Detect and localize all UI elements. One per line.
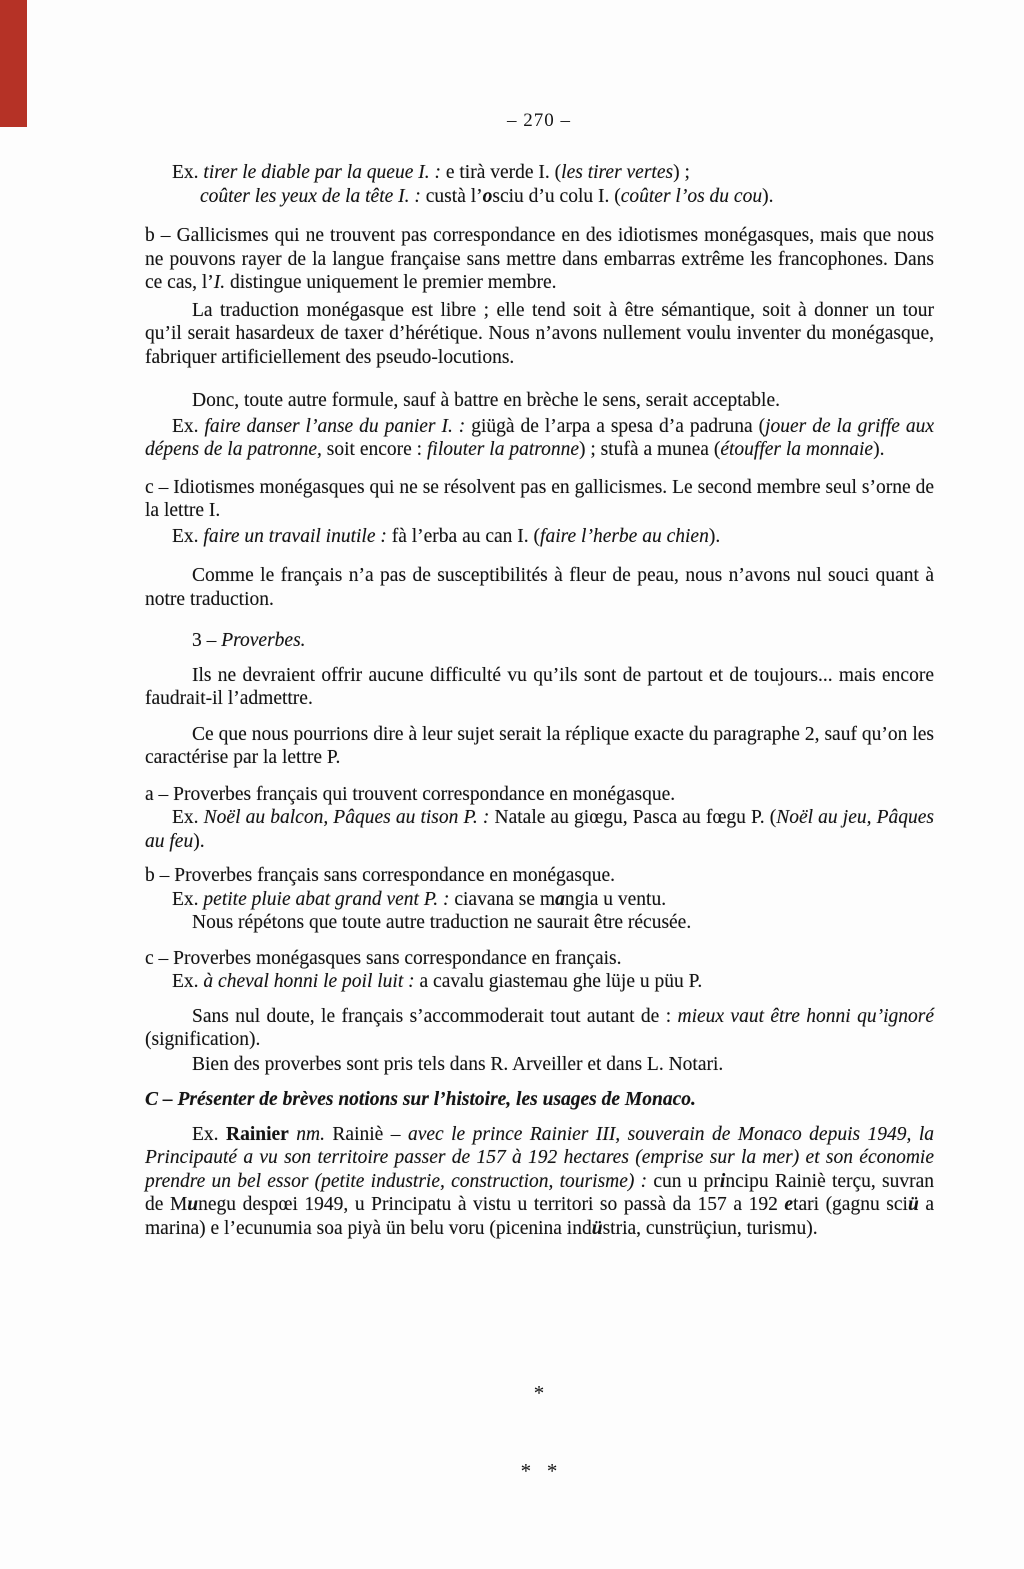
section-c-proverbes: c – Proverbes monégasques sans correspon… xyxy=(145,947,934,971)
example-noel: Ex. Noël au balcon, Pâques au tison P. :… xyxy=(145,806,934,853)
para-ce-que: Ce que nous pourrions dire à leur sujet … xyxy=(145,723,934,770)
example-travail-inutile: Ex. faire un travail inutile : fà l’erba… xyxy=(145,525,934,549)
example-cheval-honni: Ex. à cheval honni le poil luit : a cava… xyxy=(145,970,934,994)
asterisk-bottom: * * xyxy=(145,1458,933,1484)
document-page: – 270 – Ex. tirer le diable par la queue… xyxy=(0,0,1024,1569)
text-column: Ex. tirer le diable par la queue I. : e … xyxy=(145,161,934,1240)
para-sans-nul-doute: Sans nul doute, le français s’accommoder… xyxy=(145,1005,934,1052)
para-la-traduction: La traduction monégasque est libre ; ell… xyxy=(145,299,934,370)
page-number: – 270 – xyxy=(145,110,933,132)
section-b-gallicismes: b – Gallicismes qui ne trouvent pas corr… xyxy=(145,224,934,295)
para-nous-repetons: Nous répétons que toute autre traduction… xyxy=(145,911,934,935)
heading-c-monaco: C – Présenter de brèves notions sur l’hi… xyxy=(145,1088,934,1112)
para-donc: Donc, toute autre formule, sauf à battre… xyxy=(145,389,934,413)
red-margin-marker xyxy=(0,0,27,127)
example-faire-danser: Ex. faire danser l’anse du panier I. : g… xyxy=(145,415,934,462)
para-bien-des-proverbes: Bien des proverbes sont pris tels dans R… xyxy=(145,1053,934,1077)
example-tirer-diable: Ex. tirer le diable par la queue I. : e … xyxy=(145,161,934,185)
section-b-proverbes: b – Proverbes français sans correspondan… xyxy=(145,864,934,888)
section-c-idiotismes: c – Idiotismes monégasques qui ne se rés… xyxy=(145,476,934,523)
asterisk-top: * xyxy=(145,1380,933,1406)
example-couter-yeux: coûter les yeux de la tête I. : custà l’… xyxy=(145,185,934,209)
subhead-proverbes: 3 – Proverbes. xyxy=(145,629,934,653)
section-a-proverbes: a – Proverbes français qui trouvent corr… xyxy=(145,783,934,807)
para-rainier: Ex. Rainier nm. Rainiè – avec le prince … xyxy=(145,1123,934,1241)
para-ils: Ils ne devraient offrir aucune difficult… xyxy=(145,664,934,711)
para-comme: Comme le français n’a pas de susceptibil… xyxy=(145,564,934,611)
asterisk-divider: * * * xyxy=(145,1328,933,1536)
example-petite-pluie: Ex. petite pluie abat grand vent P. : ci… xyxy=(145,888,934,912)
